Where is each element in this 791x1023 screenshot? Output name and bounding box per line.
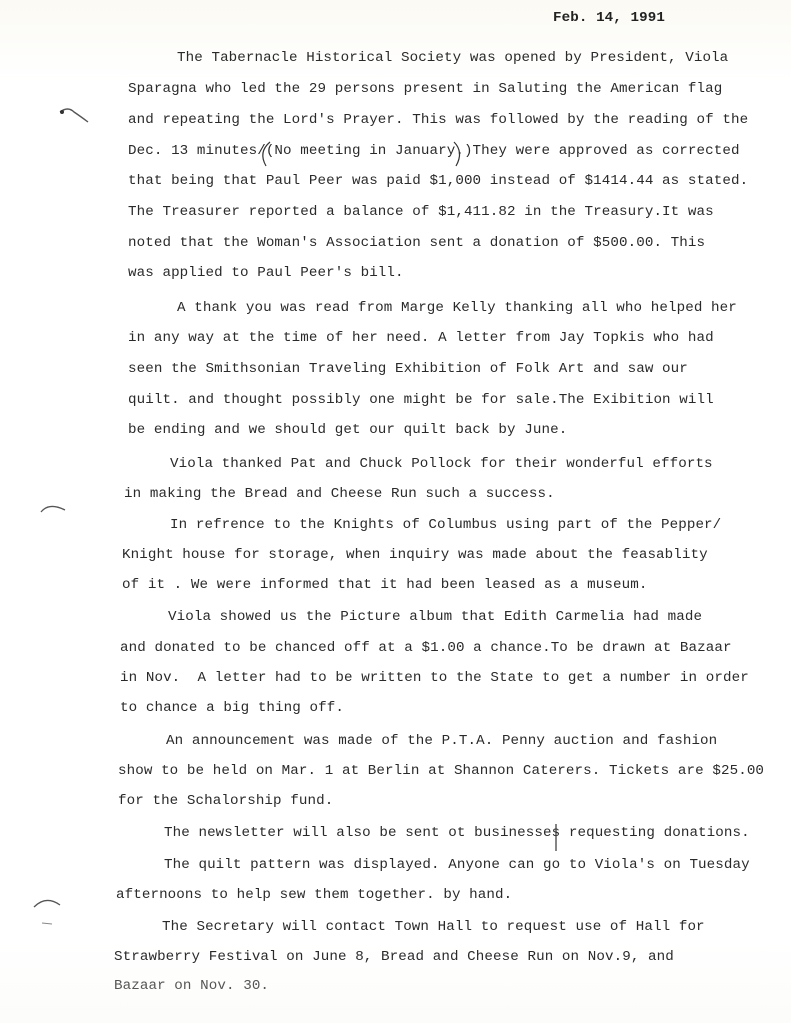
paragraph-1-line-1: The Tabernacle Historical Society was op… [177, 50, 728, 66]
paragraph-9-line-3: Bazaar on Nov. 30. [114, 978, 269, 994]
paragraph-8-line-1: The quilt pattern was displayed. Anyone … [164, 857, 750, 873]
paragraph-1-line-4: Dec. 13 minutes/(No meeting in January.)… [128, 143, 740, 159]
paragraph-2-line-3: seen the Smithsonian Traveling Exhibitio… [128, 361, 688, 377]
paragraph-1-line-2: Sparagna who led the 29 persons present … [128, 81, 722, 97]
document-date: Feb. 14, 1991 [553, 10, 665, 26]
paragraph-4-line-1: In refrence to the Knights of Columbus u… [170, 517, 721, 533]
handwritten-bracket-icon [256, 140, 276, 168]
paragraph-1-line-7: noted that the Woman's Association sent … [128, 235, 705, 251]
paragraph-5-line-4: to chance a big thing off. [120, 700, 344, 716]
paragraph-4-line-3: of it . We were informed that it had bee… [122, 577, 647, 593]
paragraph-2-line-1: A thank you was read from Marge Kelly th… [177, 300, 737, 316]
paragraph-6-line-2: show to be held on Mar. 1 at Berlin at S… [118, 763, 764, 779]
handwritten-mark-icon [50, 100, 100, 140]
paragraph-5-line-3: in Nov. A letter had to be written to th… [120, 670, 749, 686]
paragraph-3-line-2: in making the Bread and Cheese Run such … [124, 486, 555, 502]
handwritten-insert-mark-icon [552, 823, 560, 853]
paragraph-6-line-1: An announcement was made of the P.T.A. P… [166, 733, 717, 749]
paragraph-1-line-8: was applied to Paul Peer's bill. [128, 265, 404, 281]
paragraph-1-line-3: and repeating the Lord's Prayer. This wa… [128, 112, 748, 128]
handwritten-mark-icon [30, 893, 70, 933]
paragraph-5-line-2: and donated to be chanced off at a $1.00… [120, 640, 732, 656]
paragraph-9-line-2: Strawberry Festival on June 8, Bread and… [114, 949, 674, 965]
paragraph-8-line-2: afternoons to help sew them together. by… [116, 887, 512, 903]
paragraph-7-line-1: The newsletter will also be sent ot busi… [164, 825, 750, 841]
paragraph-5-line-1: Viola showed us the Picture album that E… [168, 609, 702, 625]
paragraph-1-line-5: that being that Paul Peer was paid $1,00… [128, 173, 748, 189]
paragraph-3-line-1: Viola thanked Pat and Chuck Pollock for … [170, 456, 713, 472]
paragraph-2-line-4: quilt. and thought possibly one might be… [128, 392, 714, 408]
paragraph-4-line-2: Knight house for storage, when inquiry w… [122, 547, 708, 563]
handwritten-bracket-icon [450, 140, 466, 168]
paragraph-9-line-1: The Secretary will contact Town Hall to … [162, 919, 705, 935]
paragraph-6-line-3: for the Schalorship fund. [118, 793, 333, 809]
handwritten-mark-icon [35, 498, 75, 518]
document-page: Feb. 14, 1991 The Tabernacle Historical … [0, 0, 791, 1023]
paragraph-2-line-5: be ending and we should get our quilt ba… [128, 422, 567, 438]
paragraph-1-line-6: The Treasurer reported a balance of $1,4… [128, 204, 714, 220]
paragraph-2-line-2: in any way at the time of her need. A le… [128, 330, 714, 346]
